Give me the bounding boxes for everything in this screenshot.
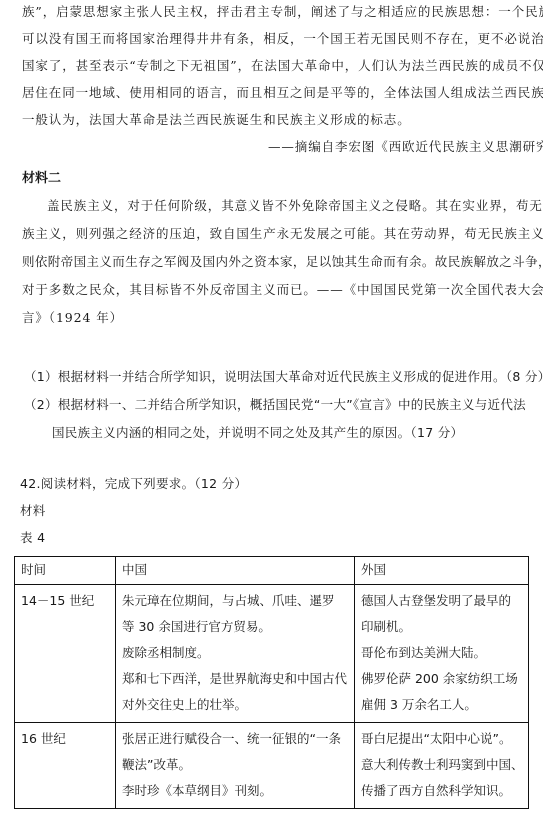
header-time: 时间 xyxy=(15,557,116,585)
question-number: （1） xyxy=(24,369,58,384)
cell-line: 传播了西方自然科学知识。 xyxy=(361,778,522,804)
passage-line: 盖民族主义，对于任何阶级，其意义皆不外免除帝国主义之侵略。其在实业界，苟无民 xyxy=(47,198,524,214)
cell-line: 郑和七下西洋，是世界航海史和中国古代 xyxy=(122,666,348,692)
question-2-continued: 国民族主义内涵的相同之处，并说明不同之处及其产生的原因。（17 分） xyxy=(52,425,532,441)
cell-line: 雇佣 3 万余名工人。 xyxy=(361,692,522,718)
passage-line: 则依附帝国主义而生存之军阀及国内外之资本家，足以蚀其生命而有余。故民族解放之斗争… xyxy=(22,254,524,270)
cell-line: 李时珍《本草纲目》刊刻。 xyxy=(122,778,348,804)
passage-line: 族主义，则列强之经济的压迫，致自国生产永无发展之可能。其在劳动界，苟无民族主义， xyxy=(22,226,524,242)
period-text: 16 世纪 xyxy=(21,726,109,752)
cell-china: 朱元璋在位期间，与占城、爪哇、暹罗 等 30 余国进行官方贸易。 废除丞相制度。… xyxy=(116,585,355,723)
passage-source: ——摘编自李宏图《西欧近代民族主义思潮研究》 xyxy=(268,139,543,155)
period-text: 14－15 世纪 xyxy=(21,588,109,614)
cell-period: 16 世纪 xyxy=(15,723,116,809)
passage-line: 对于多数之民众，其目标皆不外反帝国主义而已。——《中国国民党第一次全国代表大会宣 xyxy=(22,282,524,298)
header-foreign: 外国 xyxy=(355,557,529,585)
cell-line: 哥白尼提出“太阳中心说”。 xyxy=(361,726,522,752)
question-2: （2）根据材料一、二并结合所学知识，概括国民党“一大”《宣言》中的民族主义与近代… xyxy=(24,397,534,413)
cell-line: 废除丞相制度。 xyxy=(122,640,348,666)
table-4: 时间 中国 外国 14－15 世纪 朱元璋在位期间，与占城、爪哇、暹罗 等 30… xyxy=(14,556,529,809)
passage-line: 可以没有国王而将国家治理得井井有条，相反，一个国王若无国民则不存在，更不必说治理 xyxy=(22,31,524,47)
material-label: 材料 xyxy=(20,503,522,519)
cell-line: 对外交往史上的壮举。 xyxy=(122,692,348,718)
cell-period: 14－15 世纪 xyxy=(15,585,116,723)
question-1: （1）根据材料一并结合所学知识，说明法国大革命对近代民族主义形成的促进作用。（8… xyxy=(24,369,534,385)
passage-line: 一般认为，法国大革命是法兰西民族诞生和民族主义形成的标志。 xyxy=(22,112,524,128)
table-row: 14－15 世纪 朱元璋在位期间，与占城、爪哇、暹罗 等 30 余国进行官方贸易… xyxy=(15,585,529,723)
passage-line: 族”，启蒙思想家主张人民主权，抨击君主专制，阐述了与之相适应的民族思想：一个民族 xyxy=(22,4,524,20)
table-caption: 表 4 xyxy=(20,530,522,546)
material-heading: 材料二 xyxy=(22,171,524,187)
cell-foreign: 哥白尼提出“太阳中心说”。 意大利传教士利玛窦到中国、 传播了西方自然科学知识。 xyxy=(355,723,529,809)
table-row: 16 世纪 张居正进行赋役合一、统一征银的“一条 鞭法”改革。 李时珍《本草纲目… xyxy=(15,723,529,809)
table-header-row: 时间 中国 外国 xyxy=(15,557,529,585)
cell-line: 印刷机。 xyxy=(361,614,522,640)
cell-line: 鞭法”改革。 xyxy=(122,752,348,778)
question-text: 根据材料一、二并结合所学知识，概括国民党“一大”《宣言》中的民族主义与近代法 xyxy=(58,397,526,412)
cell-line: 德国人古登堡发明了最早的 xyxy=(361,588,522,614)
cell-line: 意大利传教士利玛窦到中国、 xyxy=(361,752,522,778)
header-china: 中国 xyxy=(116,557,355,585)
passage-line: 言》（1924 年） xyxy=(22,310,524,326)
cell-line: 朱元璋在位期间，与占城、爪哇、暹罗 xyxy=(122,588,348,614)
cell-line: 张居正进行赋役合一、统一征银的“一条 xyxy=(122,726,348,752)
cell-line: 哥伦布到达美洲大陆。 xyxy=(361,640,522,666)
question-text: 根据材料一并结合所学知识，说明法国大革命对近代民族主义形成的促进作用。（8 分） xyxy=(58,369,543,384)
question-42-title: 42.阅读材料，完成下列要求。（12 分） xyxy=(20,476,522,492)
passage-line: 居住在同一地域、使用相同的语言，而且相互之间是平等的，全体法国人组成法兰西民族， xyxy=(22,85,524,101)
cell-line: 佛罗伦萨 200 余家纺织工场 xyxy=(361,666,522,692)
question-number: （2） xyxy=(24,397,58,412)
passage-line: 国家了，甚至表示“专制之下无祖国”，在法国大革命中，人们认为法兰西民族的成员不仅 xyxy=(22,58,524,74)
cell-line: 等 30 余国进行官方贸易。 xyxy=(122,614,348,640)
cell-foreign: 德国人古登堡发明了最早的 印刷机。 哥伦布到达美洲大陆。 佛罗伦萨 200 余家… xyxy=(355,585,529,723)
cell-china: 张居正进行赋役合一、统一征银的“一条 鞭法”改革。 李时珍《本草纲目》刊刻。 xyxy=(116,723,355,809)
